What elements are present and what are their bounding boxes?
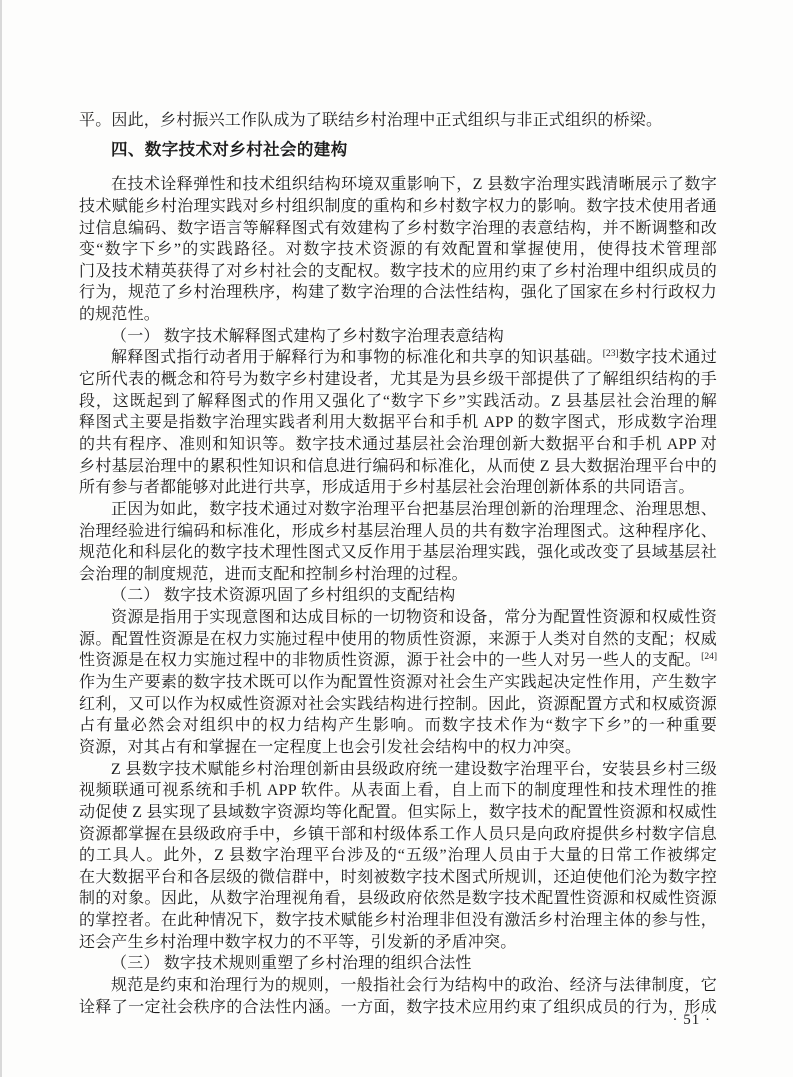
citation-marker: [23]	[603, 349, 619, 359]
body-line: 的工具人。此外，Z 县数字治理平台涉及的“五级”治理人员由于大量的日常工作被绑定	[79, 845, 717, 867]
body-line: 制的对象。因此，从数字治理视角看，县级政府依然是数字技术配置性资源和权威性资源	[79, 888, 717, 910]
body-line: 技术赋能乡村治理实践对乡村组织制度的重构和乡村数字权力的影响。数字技术使用者通	[79, 196, 717, 218]
body-line: 段，这既起到了解释图式的作用又强化了“数字下乡”实践活动。Z 县基层社会治理的解	[79, 391, 717, 413]
page-body: 平。因此，乡村振兴工作队成为了联结乡村治理中正式组织与非正式组织的桥梁。四、数字…	[79, 110, 717, 1018]
body-line: 在大数据平台和各层级的微信群中，时刻被数字技术图式所规训，还迫使他们沦为数字控	[79, 867, 717, 889]
body-line: Z 县数字技术赋能乡村治理创新由县级政府统一建设数字治理平台，安装县乡村三级	[79, 759, 717, 781]
body-line: 在技术诠释弹性和技术组织结构环境双重影响下，Z 县数字治理实践清晰展示了数字	[79, 174, 717, 196]
citation-marker: [24]	[701, 652, 717, 662]
body-line: 的共有程序、准则和知识等。数字技术通过基层社会治理创新大数据平台和手机 APP …	[79, 434, 717, 456]
body-line: 视频联通可视系统和手机 APP 软件。从表面上看，自上而下的制度理性和技术理性的…	[79, 780, 717, 802]
body-line: 乡村基层治理中的累积性知识和信息进行编码和标准化，从而使 Z 县大数据治理平台中…	[79, 456, 717, 478]
body-line: 规范化和科层化的数字技术理性图式又反作用于基层治理实践，强化或改变了县域基层社	[79, 542, 717, 564]
body-line: 门及技术精英获得了对乡村社会的支配权。数字技术的应用约束了乡村治理中组织成员的	[79, 261, 717, 283]
section-heading: 四、数字技术对乡村社会的建构	[79, 140, 717, 162]
body-line: 它所代表的概念和符号为数字乡村建设者，尤其是为县乡级干部提供了了解组织结构的手	[79, 369, 717, 391]
body-line: 的规范性。	[79, 304, 717, 326]
body-line: 解释图式指行动者用于解释行为和事物的标准化和共享的知识基础。[23]数字技术通过	[79, 347, 717, 369]
body-line: 资源是指用于实现意图和达成目标的一切物资和设备，常分为配置性资源和权威性资	[79, 607, 717, 629]
body-line: 释图式主要是指数字治理实践者利用大数据平台和手机 APP 的数字图式，形成数字治…	[79, 412, 717, 434]
body-line: 性资源是在权力实施过程中的非物质性资源，源于社会中的一些人对另一些人的支配。[2…	[79, 650, 717, 672]
body-line: 治理经验进行编码和标准化，形成乡村基层治理人员的共有数字治理图式。这种程序化、	[79, 521, 717, 543]
body-line: 动促使 Z 县实现了县域数字资源均等化配置。但实际上，数字技术的配置性资源和权威…	[79, 802, 717, 824]
body-line: 过信息编码、数字语言等解释图式有效建构了乡村数字治理的表意结构，并不断调整和改	[79, 218, 717, 240]
body-line: 资源，对其占有和掌握在一定程度上也会引发社会结构中的权力冲突。	[79, 737, 717, 759]
body-line: 源。配置性资源是在权力实施过程中使用的物质性资源，来源于人类对自然的支配；权威	[79, 629, 717, 651]
body-line: 所有参与者都能够对此进行共享，形成适用于乡村基层社会治理创新体系的共同语言。	[79, 477, 717, 499]
body-line: 红利，又可以作为权威性资源对社会实践结构进行控制。因此，资源配置方式和权威资源	[79, 694, 717, 716]
body-line: 平。因此，乡村振兴工作队成为了联结乡村治理中正式组织与非正式组织的桥梁。	[79, 110, 717, 132]
body-line: 行为，规范了乡村治理秩序，构建了数字治理的合法性结构，强化了国家在乡村行政权力	[79, 282, 717, 304]
body-line: 资源都掌握在县级政府手中，乡镇干部和村级体系工作人员只是向政府提供乡村数字信息	[79, 824, 717, 846]
body-line: 变“数字下乡”的实践路径。对数字技术资源的有效配置和掌握使用，使得技术管理部	[79, 239, 717, 261]
body-line: 还会产生乡村治理中数字权力的不平等，引发新的矛盾冲突。	[79, 932, 717, 954]
subsection-heading: （三） 数字技术规则重塑了乡村治理的组织合法性	[79, 953, 717, 975]
body-line: 占有量必然会对组织中的权力结构产生影响。而数字技术作为“数字下乡”的一种重要	[79, 715, 717, 737]
body-line: 会治理的制度规范，进而支配和控制乡村治理的过程。	[79, 564, 717, 586]
subsection-heading: （一） 数字技术解释图式建构了乡村数字治理表意结构	[79, 326, 717, 348]
body-line: 作为生产要素的数字技术既可以作为配置性资源对社会生产实践起决定性作用，产生数字	[79, 672, 717, 694]
document-page: 平。因此，乡村振兴工作队成为了联结乡村治理中正式组织与非正式组织的桥梁。四、数字…	[0, 0, 793, 1077]
body-line: 的掌控者。在此种情况下，数字技术赋能乡村治理非但没有激活乡村治理主体的参与性，	[79, 910, 717, 932]
subsection-heading: （二） 数字技术资源巩固了乡村组织的支配结构	[79, 585, 717, 607]
body-line: 正因为如此，数字技术通过对数字治理平台把基层治理创新的治理理念、治理思想、	[79, 499, 717, 521]
body-line: 规范是约束和治理行为的规则，一般指社会行为结构中的政治、经济与法律制度，它	[79, 975, 717, 997]
page-number: · 51 ·	[79, 1012, 711, 1034]
